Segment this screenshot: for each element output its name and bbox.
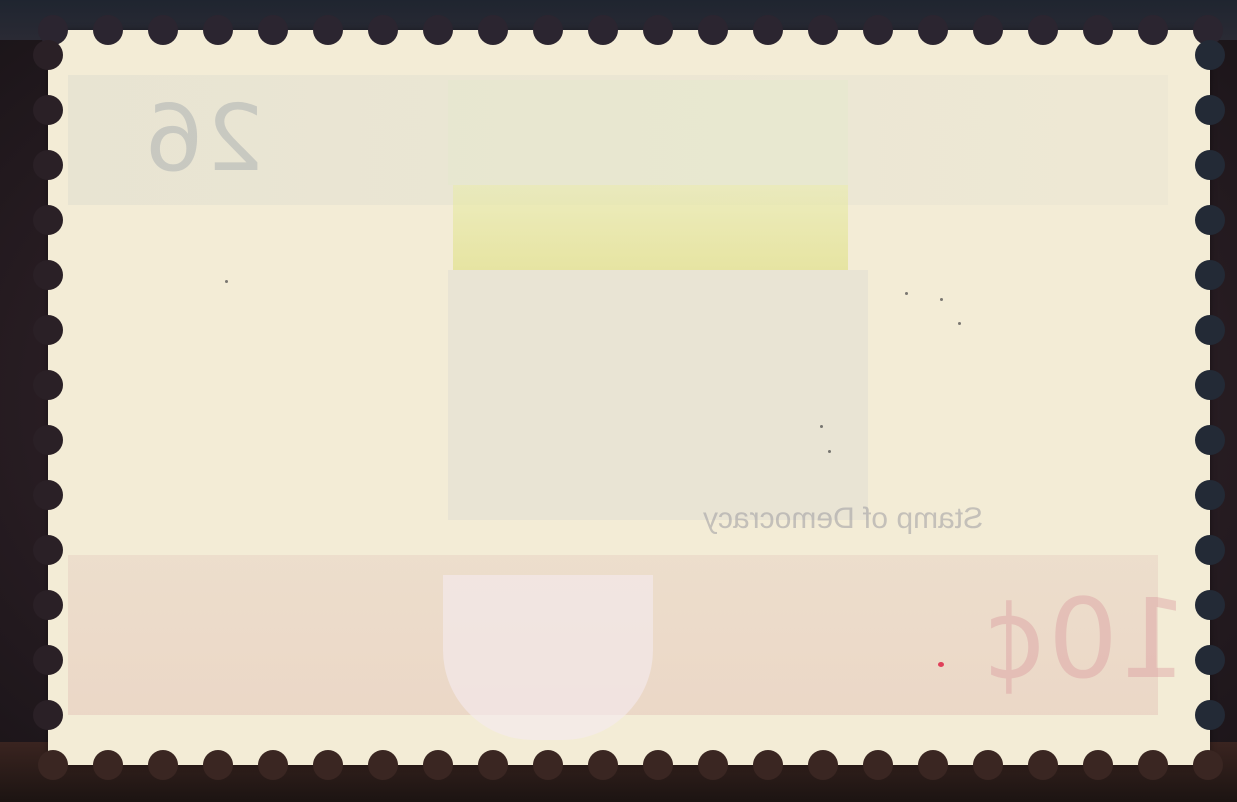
perforation-hole xyxy=(533,750,563,780)
denomination-top-text: 26 xyxy=(143,85,264,192)
perforation-hole xyxy=(973,15,1003,45)
perforation-hole xyxy=(1195,645,1225,675)
perforation-hole xyxy=(918,15,948,45)
perforation-hole xyxy=(643,750,673,780)
perforation-hole xyxy=(203,15,233,45)
perforation-hole xyxy=(368,15,398,45)
perforation-hole xyxy=(1028,750,1058,780)
perforation-hole xyxy=(313,15,343,45)
perforation-hole xyxy=(1028,15,1058,45)
perforation-hole xyxy=(1195,95,1225,125)
perforation-hole xyxy=(1195,150,1225,180)
perforation-hole xyxy=(33,590,63,620)
perforation-hole xyxy=(368,750,398,780)
perforation-hole xyxy=(588,15,618,45)
perforation-hole xyxy=(973,750,1003,780)
denomination-top-mirrored: 26 xyxy=(143,85,264,192)
perforation-hole xyxy=(33,150,63,180)
perforation-hole xyxy=(258,15,288,45)
perforation-hole xyxy=(33,260,63,290)
perforation-hole xyxy=(1195,425,1225,455)
perforation-hole xyxy=(33,205,63,235)
perforation-hole xyxy=(33,315,63,345)
perforation-hole xyxy=(808,750,838,780)
caption-mirrored: Stamp of Democracy xyxy=(703,502,983,536)
perforation-hole xyxy=(203,750,233,780)
perforation-hole xyxy=(698,15,728,45)
perforation-hole xyxy=(33,645,63,675)
perforation-hole xyxy=(1195,480,1225,510)
perforation-hole xyxy=(93,15,123,45)
perforation-hole xyxy=(38,750,68,780)
perforation-hole xyxy=(148,15,178,45)
denomination-bottom-text: 10¢ xyxy=(978,575,1188,703)
perforation-hole xyxy=(1195,535,1225,565)
perforation-hole xyxy=(93,750,123,780)
center-figure-show-through xyxy=(448,270,868,520)
perforation-hole xyxy=(33,95,63,125)
yellow-upper-region xyxy=(448,80,848,185)
perforation-hole xyxy=(313,750,343,780)
perforation-hole xyxy=(33,370,63,400)
perforation-hole xyxy=(588,750,618,780)
denomination-bottom-mirrored: 10¢ xyxy=(978,575,1188,703)
perforation-hole xyxy=(1083,15,1113,45)
perforation-hole xyxy=(1195,590,1225,620)
perforation-hole xyxy=(33,425,63,455)
perforation-hole xyxy=(1195,700,1225,730)
stamp-back: 26 Stamp of Democracy 10¢ xyxy=(48,30,1210,765)
perforation-hole xyxy=(1195,315,1225,345)
perforation-hole xyxy=(478,15,508,45)
perforation-hole xyxy=(1195,40,1225,70)
perforation-hole xyxy=(478,750,508,780)
perforation-hole xyxy=(1195,260,1225,290)
perforation-hole xyxy=(33,535,63,565)
perforation-hole xyxy=(33,40,63,70)
red-ink-speck xyxy=(938,662,944,667)
shield-shape xyxy=(443,575,653,740)
perforation-hole xyxy=(643,15,673,45)
perforation-hole xyxy=(753,15,783,45)
perforation-hole xyxy=(33,700,63,730)
perforation-hole xyxy=(918,750,948,780)
perforation-hole xyxy=(533,15,563,45)
perforation-hole xyxy=(148,750,178,780)
perforation-hole xyxy=(753,750,783,780)
perforation-hole xyxy=(33,480,63,510)
perforation-hole xyxy=(863,750,893,780)
perforation-hole xyxy=(698,750,728,780)
perforation-hole xyxy=(258,750,288,780)
perforation-hole xyxy=(423,750,453,780)
perforation-hole xyxy=(1193,750,1223,780)
perforation-hole xyxy=(808,15,838,45)
perforation-hole xyxy=(423,15,453,45)
caption-text: Stamp of Democracy xyxy=(703,502,983,536)
perforation-hole xyxy=(1195,205,1225,235)
perforation-hole xyxy=(1138,750,1168,780)
perforation-hole xyxy=(1083,750,1113,780)
perforation-hole xyxy=(863,15,893,45)
yellow-band xyxy=(453,185,848,270)
perforation-hole xyxy=(1138,15,1168,45)
perforation-hole xyxy=(1195,370,1225,400)
